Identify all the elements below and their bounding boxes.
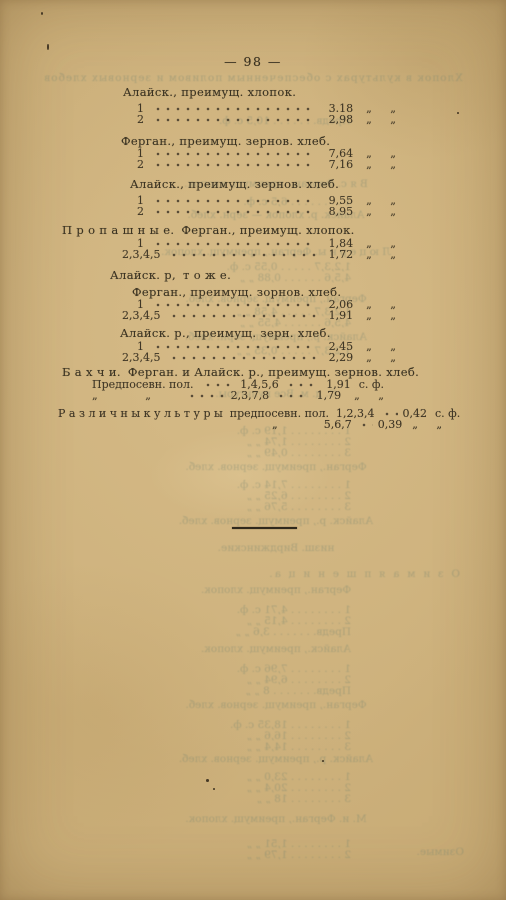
- section-heading: Ферган., преимущ. зорнов. хлеб.: [132, 286, 341, 299]
- row-value: 8,95: [323, 206, 353, 218]
- paper-stain: [300, 0, 506, 160]
- bleedthrough-line: Алайск., преимущ. хлопок.: [106, 643, 446, 655]
- dot-leader: [167, 253, 316, 257]
- ink-speck: [206, 779, 209, 782]
- row-value: 1,79: [311, 390, 341, 402]
- bleedthrough-line: 1 . . . . . . . . 1,51 „ „: [111, 838, 351, 850]
- row-group: 2,3,7,8: [231, 390, 269, 402]
- bleedthrough-line: 1 . . . . . . . . 7,14 с. ф.: [111, 479, 351, 491]
- section-heading: Ферган., преимущ. зернов. хлеб.: [121, 135, 330, 148]
- row-unit: „ „: [412, 418, 442, 431]
- dot-leader: [151, 242, 316, 246]
- bleedthrough-line: Озимые.: [417, 846, 464, 858]
- dot-leader: [151, 345, 316, 349]
- bleedthrough-line: 3 . . . . . . . . 5,76 „ „: [111, 501, 351, 513]
- row-unit: „ „: [366, 114, 396, 126]
- paper-stain: [0, 560, 260, 860]
- bleedthrough-line: Алайск. р., преимущ. зернов. хлеб.: [106, 515, 446, 527]
- section-heading-lead: П р о п а ш н ы е.: [62, 223, 174, 237]
- bleedthrough-line: низш. Вирджинские.: [106, 542, 446, 554]
- row-value: 1,91: [323, 310, 353, 322]
- row-unit: „ „: [354, 390, 384, 402]
- ink-speck: [322, 760, 324, 762]
- row-item: 2,3,4,5: [122, 352, 160, 364]
- bleedthrough-line: 2 . . . . . . . . 16,6 „ „: [111, 730, 351, 742]
- bleedthrough-line: 2 . . . . . . . . 1,74 „ „: [111, 436, 351, 448]
- row-value: 2,29: [323, 352, 353, 364]
- bleedthrough-line: 1 . . . . . . . . 4,71 с. ф.: [111, 604, 351, 616]
- section-divider: [232, 527, 297, 529]
- bleedthrough-line: 3 . . . . . . . . 18 „ „: [111, 793, 351, 805]
- dot-leader: [151, 163, 316, 167]
- bleedthrough-line: 2 . . . . . . . . 4,15 „ „: [111, 615, 351, 627]
- ink-speck: [457, 112, 459, 114]
- row-unit: „ „: [366, 249, 396, 261]
- dot-leader: [201, 383, 234, 387]
- ink-speck: [47, 44, 49, 50]
- table-row: 2 7,16 „ „: [122, 159, 396, 171]
- ink-speck: [213, 788, 215, 790]
- row-unit: „ „: [366, 159, 396, 171]
- section-heading-rest: т о ж е.: [183, 268, 231, 282]
- ink-speck: [41, 12, 43, 15]
- bleedthrough-line: 1 . . . . . . . . 18,35 с. ф.: [111, 719, 351, 731]
- table-row: 2,3,4,5 1,72 „ „: [122, 249, 396, 261]
- row-item: „ „: [92, 390, 178, 402]
- dot-leader: [151, 107, 316, 111]
- section-heading: Алайск., преимущ. зернов. хлеб.: [130, 178, 339, 191]
- row-value: 7,16: [323, 159, 353, 171]
- table-row: 2,3,4,5 2,29 „ „: [122, 352, 396, 364]
- bleedthrough-line: 2 . . . . . . . . 6,25 „ „: [111, 490, 351, 502]
- row-unit: „ „: [366, 310, 396, 322]
- row-unit: „ „: [366, 206, 396, 218]
- row-item: 2,3,4,5: [122, 310, 160, 322]
- dot-leader: [167, 314, 316, 318]
- bleedthrough-line: О з и м а я п ш е н и ц а.: [267, 568, 460, 580]
- dot-leader: [151, 199, 316, 203]
- dot-leader: [274, 394, 306, 398]
- dot-leader: [151, 152, 316, 156]
- dot-leader: [357, 423, 373, 427]
- row-item: 2: [137, 114, 144, 126]
- paper-stain: [150, 430, 330, 520]
- table-row: 2 2,98 „ „: [122, 114, 396, 126]
- section-heading-lead: Алайск. р,: [110, 268, 176, 282]
- bleedthrough-line: Ферган., преимущ. зернов. хлеб.: [106, 461, 446, 473]
- section-heading-rest: Ферган., преимущ. хлопок.: [181, 223, 354, 237]
- row-value: 2,98: [323, 114, 353, 126]
- bleedthrough-line: Хлопок в культурах с обеспеченным поливо…: [20, 72, 486, 84]
- bleedthrough-line: 2 . . . . . . . . 6,94 „ „: [111, 674, 351, 686]
- bleedthrough-line: 2 . . . . . . . . 20,4 „ „: [111, 782, 351, 794]
- row-item: 2: [137, 159, 144, 171]
- bleedthrough-line: 1 . . . . . . . . 23,0 „ „: [111, 771, 351, 783]
- section-heading: Алайск., преимущ. хлопок.: [123, 86, 296, 99]
- dot-leader: [151, 303, 316, 307]
- dot-leader: [185, 394, 224, 398]
- bleedthrough-line: Предв. . . . . . . 3,6 „ „: [111, 626, 351, 638]
- section-heading-lead: Б а х ч и.: [62, 365, 121, 379]
- dot-leader: [167, 356, 316, 360]
- ditto-mark: „: [272, 418, 278, 431]
- row-item: 2: [137, 206, 144, 218]
- section-heading-rest: Ферган. и Алайск. р., преимущ. зернов. х…: [128, 365, 419, 379]
- section-heading: П р о п а ш н ы е.Ферган., преимущ. хлоп…: [62, 224, 355, 237]
- row-unit: „ „: [366, 352, 396, 364]
- row-value: 1,72: [323, 249, 353, 261]
- bleedthrough-line: 2 . . . . . . . . 1,79 „ „: [111, 849, 351, 861]
- bleedthrough-line: 3 . . . . . . . . 14,4 „ „: [111, 741, 351, 753]
- section-heading: Алайск. р,т о ж е.: [110, 269, 231, 282]
- bleedthrough-line: Ферган., преимущ. зернов. хлеб.: [106, 699, 446, 711]
- row-value: 0,39: [378, 418, 403, 431]
- dot-leader: [151, 210, 316, 214]
- section-heading-lead: Р а з л и ч н ы к у л ь т у р ы: [58, 407, 223, 420]
- bleedthrough-line: Алайск. р., преимущ. зернов. хлеб.: [106, 753, 446, 765]
- bleedthrough-line: Предв. . . . . . . 8 „ „: [111, 685, 351, 697]
- bleedthrough-line: М. и. Ферган., преимущ. хлопок.: [106, 813, 446, 825]
- scanned-book-page: Хлопок в культурах с обеспеченным поливо…: [0, 0, 506, 900]
- dot-leader: [151, 118, 316, 122]
- dot-leader: [284, 383, 316, 387]
- table-row: 2 8,95 „ „: [122, 206, 396, 218]
- row-item: 2,3,4,5: [122, 249, 160, 261]
- table-row: 2,3,4,5 1,91 „ „: [122, 310, 396, 322]
- bleedthrough-line: 3 . . . . . . . . 0,49 „ „: [111, 447, 351, 459]
- page-number: — 98 —: [0, 54, 506, 69]
- section-line: „ 5,6,7 0,39 „ „: [272, 418, 442, 431]
- table-row: „ „ 2,3,7,8 1,79 „ „: [92, 390, 384, 402]
- section-heading: Алайск. р., преимущ. зерн. хлеб.: [120, 327, 331, 340]
- row-group: 5,6,7: [324, 418, 352, 431]
- bleedthrough-line: 1 . . . . . . . . 7,96 с. ф.: [111, 663, 351, 675]
- dot-leader: [380, 412, 398, 416]
- bleedthrough-line: Ферган., преимущ. хлопок.: [106, 584, 446, 596]
